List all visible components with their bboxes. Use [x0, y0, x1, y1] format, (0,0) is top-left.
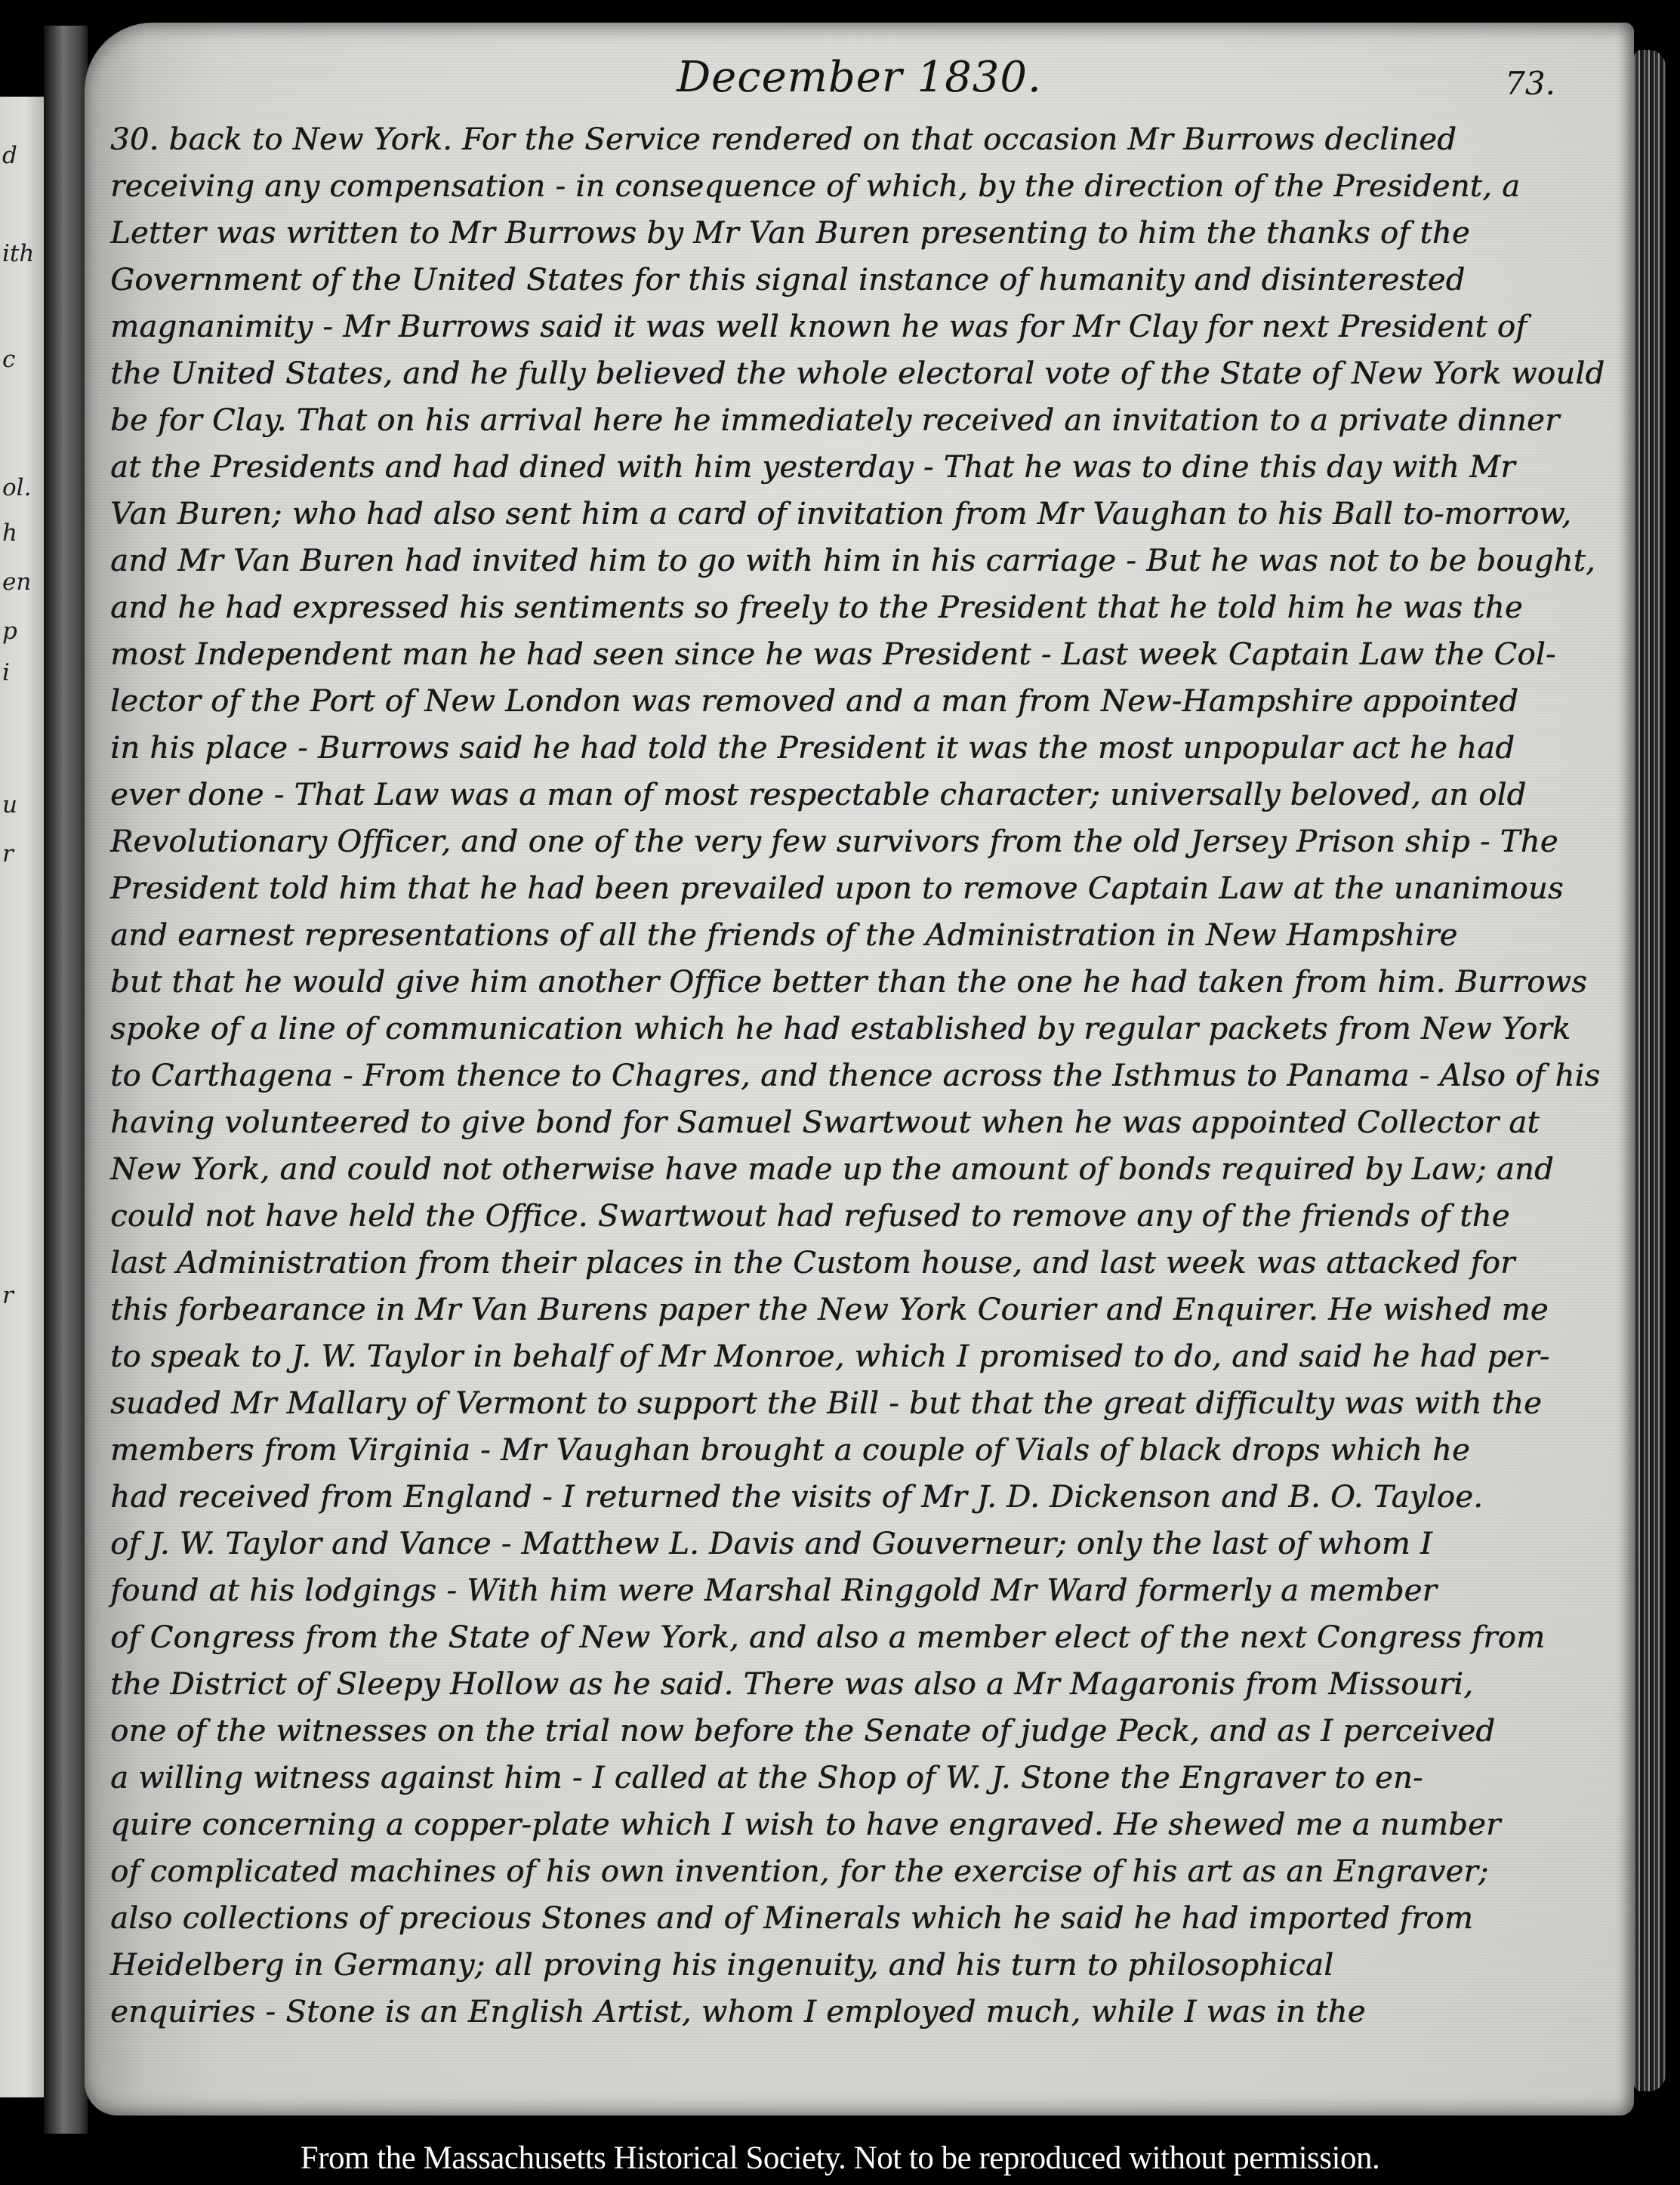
margin-fragment: d: [2, 142, 17, 169]
manuscript-line: to Carthagena - From thence to Chagres, …: [110, 1052, 1604, 1099]
margin-fragment: h: [2, 519, 17, 547]
manuscript-line: Letter was written to Mr Burrows by Mr V…: [110, 210, 1604, 257]
manuscript-line: quire concerning a copper-plate which I …: [110, 1801, 1604, 1848]
manuscript-body: 30. back to New York. For the Service re…: [110, 116, 1604, 2036]
manuscript-line: in his place - Burrows said he had told …: [110, 725, 1604, 772]
manuscript-line: New York, and could not otherwise have m…: [110, 1146, 1604, 1193]
manuscript-line: Government of the United States for this…: [110, 257, 1604, 304]
manuscript-line: Revolutionary Officer, and one of the ve…: [110, 818, 1604, 865]
manuscript-line: of J. W. Taylor and Vance - Matthew L. D…: [110, 1521, 1604, 1567]
manuscript-line: this forbearance in Mr Van Burens paper …: [110, 1287, 1604, 1333]
manuscript-line: ever done - That Law was a man of most r…: [110, 772, 1604, 818]
margin-fragment: i: [2, 659, 10, 686]
margin-fragment: ith: [2, 240, 34, 267]
manuscript-line: Van Buren; who had also sent him a card …: [110, 491, 1604, 538]
manuscript-page: December 1830. 73. 30. back to New York.…: [85, 23, 1634, 2116]
margin-fragment: ol.: [2, 474, 31, 501]
margin-fragment: en: [2, 569, 31, 596]
manuscript-line: at the Presidents and had dined with him…: [110, 444, 1604, 491]
manuscript-line: 30. back to New York. For the Service re…: [110, 116, 1604, 163]
manuscript-line: Heidelberg in Germany; all proving his i…: [110, 1942, 1604, 1989]
manuscript-line: and he had expressed his sentiments so f…: [110, 584, 1604, 631]
manuscript-line: most Independent man he had seen since h…: [110, 631, 1604, 678]
manuscript-line: enquiries - Stone is an English Artist, …: [110, 1989, 1604, 2036]
manuscript-line: of Congress from the State of New York, …: [110, 1614, 1604, 1661]
manuscript-line: one of the witnesses on the trial now be…: [110, 1708, 1604, 1755]
margin-fragment: r: [2, 1282, 14, 1309]
margin-fragment: p: [2, 618, 17, 645]
manuscript-line: the District of Sleepy Hollow as he said…: [110, 1661, 1604, 1708]
margin-fragment: r: [2, 840, 14, 868]
manuscript-line: President told him that he had been prev…: [110, 865, 1604, 912]
manuscript-line: lector of the Port of New London was rem…: [110, 678, 1604, 725]
manuscript-line: the United States, and he fully believed…: [110, 350, 1604, 397]
manuscript-line: magnanimity - Mr Burrows said it was wel…: [110, 304, 1604, 350]
manuscript-line: to speak to J. W. Taylor in behalf of Mr…: [110, 1333, 1604, 1380]
manuscript-line: but that he would give him another Offic…: [110, 959, 1604, 1006]
manuscript-line: also collections of precious Stones and …: [110, 1895, 1604, 1942]
manuscript-line: having volunteered to give bond for Samu…: [110, 1099, 1604, 1146]
manuscript-line: could not have held the Office. Swartwou…: [110, 1193, 1604, 1240]
scan-background: { "document": { "header": { "date": "Dec…: [0, 0, 1680, 2185]
manuscript-line: a willing witness against him - I called…: [110, 1755, 1604, 1801]
manuscript-line: had received from England - I returned t…: [110, 1474, 1604, 1521]
manuscript-line: of complicated machines of his own inven…: [110, 1848, 1604, 1895]
archive-caption: From the Massachusetts Historical Societ…: [0, 2140, 1680, 2177]
binding-gutter: [44, 26, 88, 2134]
manuscript-line: found at his lodgings - With him were Ma…: [110, 1567, 1604, 1614]
date-heading: December 1830.: [85, 53, 1634, 102]
manuscript-line: suaded Mr Mallary of Vermont to support …: [110, 1380, 1604, 1427]
manuscript-line: and earnest representations of all the f…: [110, 912, 1604, 959]
previous-page-strip: dithcol.henpiurr: [0, 97, 45, 2097]
margin-fragment: c: [2, 346, 15, 373]
manuscript-line: members from Virginia - Mr Vaughan broug…: [110, 1427, 1604, 1474]
manuscript-line: receiving any compensation - in conseque…: [110, 163, 1604, 210]
manuscript-line: last Administration from their places in…: [110, 1240, 1604, 1287]
page-stack-edge: [1634, 50, 1666, 2091]
manuscript-line: be for Clay. That on his arrival here he…: [110, 397, 1604, 444]
page-number: 73.: [1505, 65, 1555, 102]
manuscript-line: spoke of a line of communication which h…: [110, 1006, 1604, 1052]
manuscript-line: and Mr Van Buren had invited him to go w…: [110, 538, 1604, 584]
margin-fragment: u: [2, 791, 17, 818]
